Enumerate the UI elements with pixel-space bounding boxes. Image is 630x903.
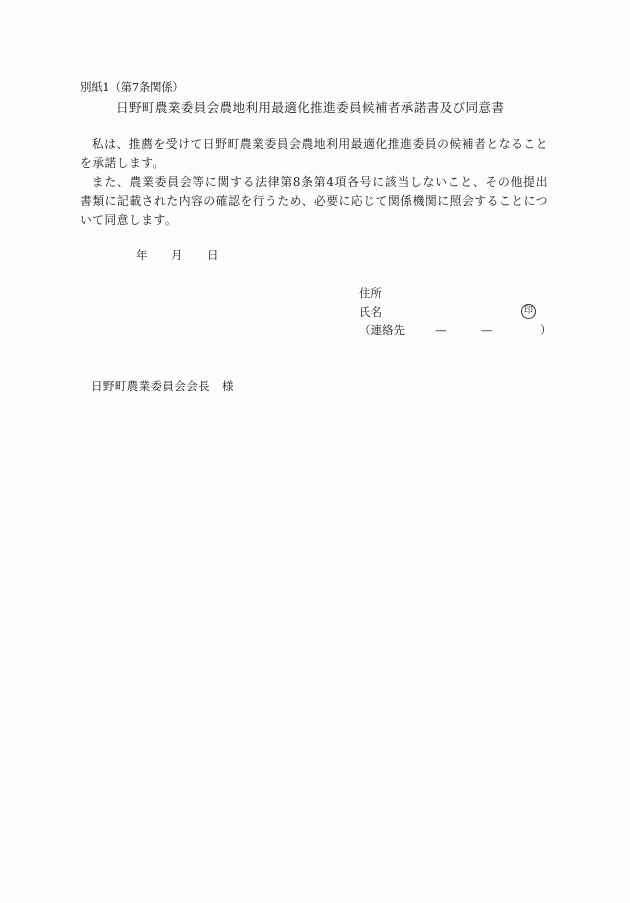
addressee-honorific: 様 xyxy=(222,379,234,393)
document-body: 私は、推薦を受けて日野町農業委員会農地利用最適化推進委員の候補者となることを承諾… xyxy=(80,135,548,230)
applicant-block: 住所 氏名 印 （連絡先 — — ） xyxy=(359,284,549,340)
contact-row: （連絡先 — — ） xyxy=(359,321,549,340)
name-row: 氏名 印 xyxy=(359,303,549,322)
date-field: 年月日 xyxy=(136,247,219,263)
name-label: 氏名 xyxy=(359,305,382,319)
document-title: 日野町農業委員会農地利用最適化推進委員候補者承諾書及び同意書 xyxy=(116,97,504,116)
consent-paragraph-inquiry: また、農業委員会等に関する法律第8条第4項各号に該当しないこと、その他提出書類に… xyxy=(80,173,548,230)
address-label: 住所 xyxy=(359,286,382,300)
contact-dash-separator: — xyxy=(481,321,493,340)
contact-dash-separator: — xyxy=(435,321,447,340)
seal-icon: 印 xyxy=(521,304,536,319)
contact-close-paren: ） xyxy=(540,321,552,340)
address-row: 住所 xyxy=(359,284,549,303)
document-page: 別紙1（第7条関係） 日野町農業委員会農地利用最適化推進委員候補者承諾書及び同意… xyxy=(0,0,630,903)
contact-label: （連絡先 xyxy=(359,323,405,337)
date-day-label: 日 xyxy=(207,247,219,263)
date-month-label: 月 xyxy=(171,247,207,263)
annex-label: 別紙1（第7条関係） xyxy=(80,79,184,95)
addressee: 日野町農業委員会会長様 xyxy=(91,378,234,394)
addressee-name: 日野町農業委員会会長 xyxy=(91,379,210,393)
date-year-label: 年 xyxy=(136,247,171,263)
consent-paragraph-acceptance: 私は、推薦を受けて日野町農業委員会農地利用最適化推進委員の候補者となることを承諾… xyxy=(80,135,548,173)
